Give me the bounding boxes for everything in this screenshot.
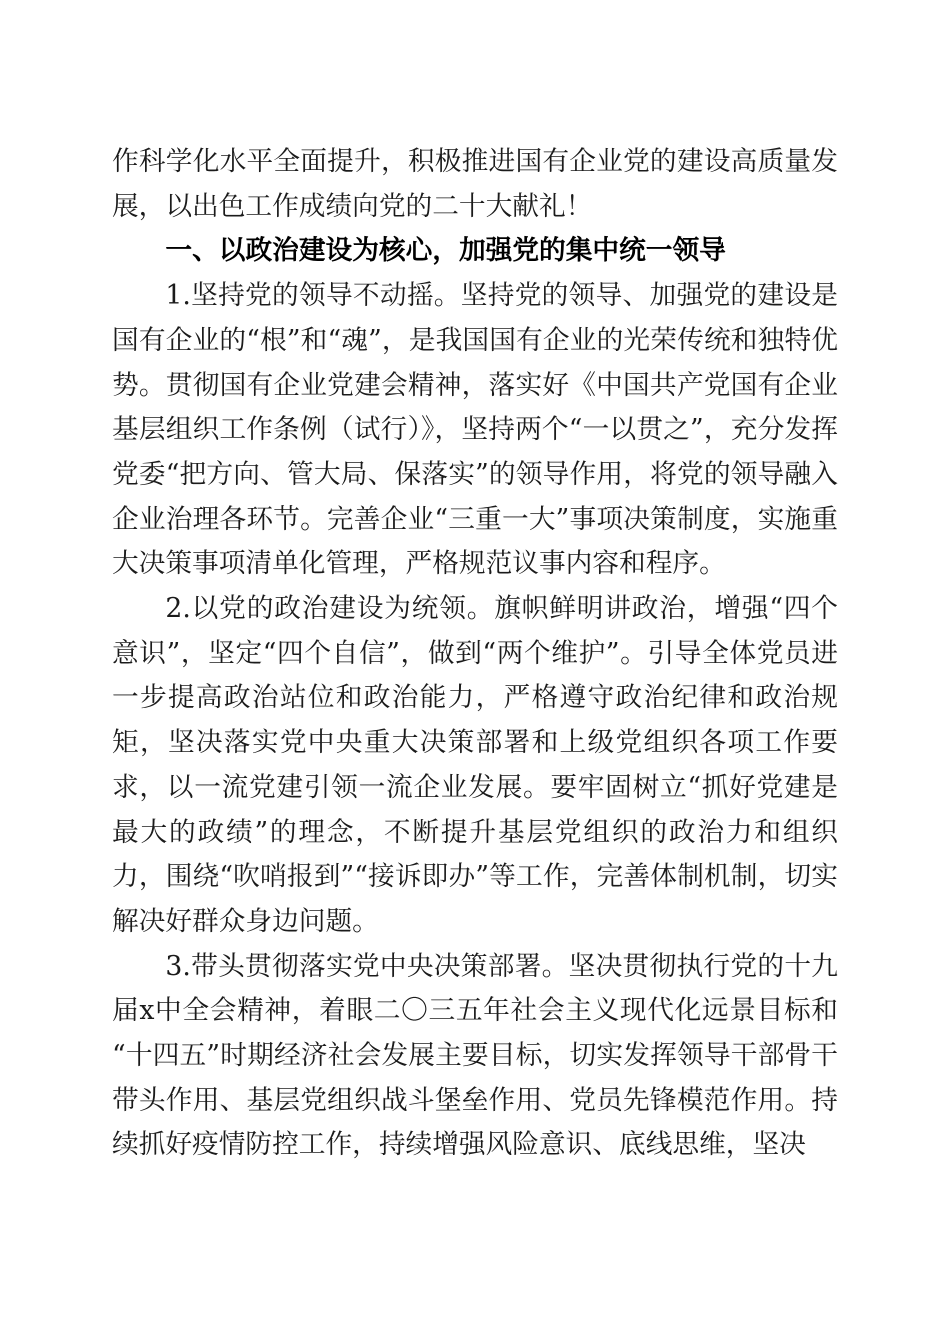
body-paragraph-2: 2.以党的政治建设为统领。旗帜鲜明讲政治，增强“四个意识”，坚定“四个自信”，做…: [112, 587, 838, 945]
body-paragraph-3: 3.带头贯彻落实党中央决策部署。坚决贯彻执行党的十九届x中全会精神，着眼二〇三五…: [112, 945, 838, 1169]
document-page: 作科学化水平全面提升，积极推进国有企业党的建设高质量发展，以出色工作成绩向党的二…: [0, 0, 950, 1344]
intro-paragraph: 作科学化水平全面提升，积极推进国有企业党的建设高质量发展，以出色工作成绩向党的二…: [112, 140, 838, 229]
body-paragraph-1: 1.坚持党的领导不动摇。坚持党的领导、加强党的建设是国有企业的“根”和“魂”，是…: [112, 274, 838, 587]
section-heading: 一、以政治建设为核心，加强党的集中统一领导: [112, 229, 838, 274]
